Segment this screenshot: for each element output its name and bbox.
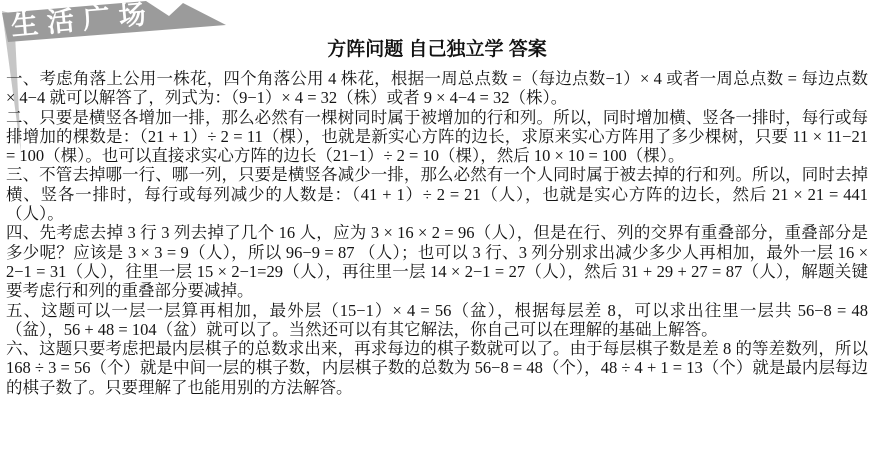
answer-paragraph-1: 一、考虑角落上公用一株花，四个角落公用 4 株花，根据一周总点数 =（每边点数−… [6, 69, 868, 108]
answer-paragraph-3: 三、不管去掉哪一行、哪一列，只要是横竖各减少一排，那么必然有一个人同时属于被去掉… [6, 165, 868, 223]
page-title: 方阵问题 自己独立学 答案 [0, 40, 874, 60]
answer-paragraph-4: 四、先考虑去掉 3 行 3 列去掉了几个 16 人，应为 3 × 16 × 2 … [6, 223, 868, 300]
answer-paragraph-6: 六、这题只要考虑把最内层棋子的总数求出来，再求每边的棋子数就可以了。由于每层棋子… [6, 339, 868, 397]
answer-paragraph-5: 五、这题可以一层一层算再相加，最外层（15−1）× 4 = 56（盆），根据每层… [6, 301, 868, 340]
banner-label: 生活广场 [10, 0, 156, 41]
answers-list: 一、考虑角落上公用一株花，四个角落公用 4 株花，根据一周总点数 =（每边点数−… [6, 69, 868, 397]
answer-paragraph-2: 二、只要是横竖各增加一排，那么必然有一棵树同时属于被增加的行和列。所以，同时增加… [6, 108, 868, 166]
banner-ribbon-shape [2, 1, 226, 42]
worksheet-page: 生活广场 方阵问题 自己独立学 答案 一、考虑角落上公用一株花，四个角落公用 4… [0, 0, 874, 452]
